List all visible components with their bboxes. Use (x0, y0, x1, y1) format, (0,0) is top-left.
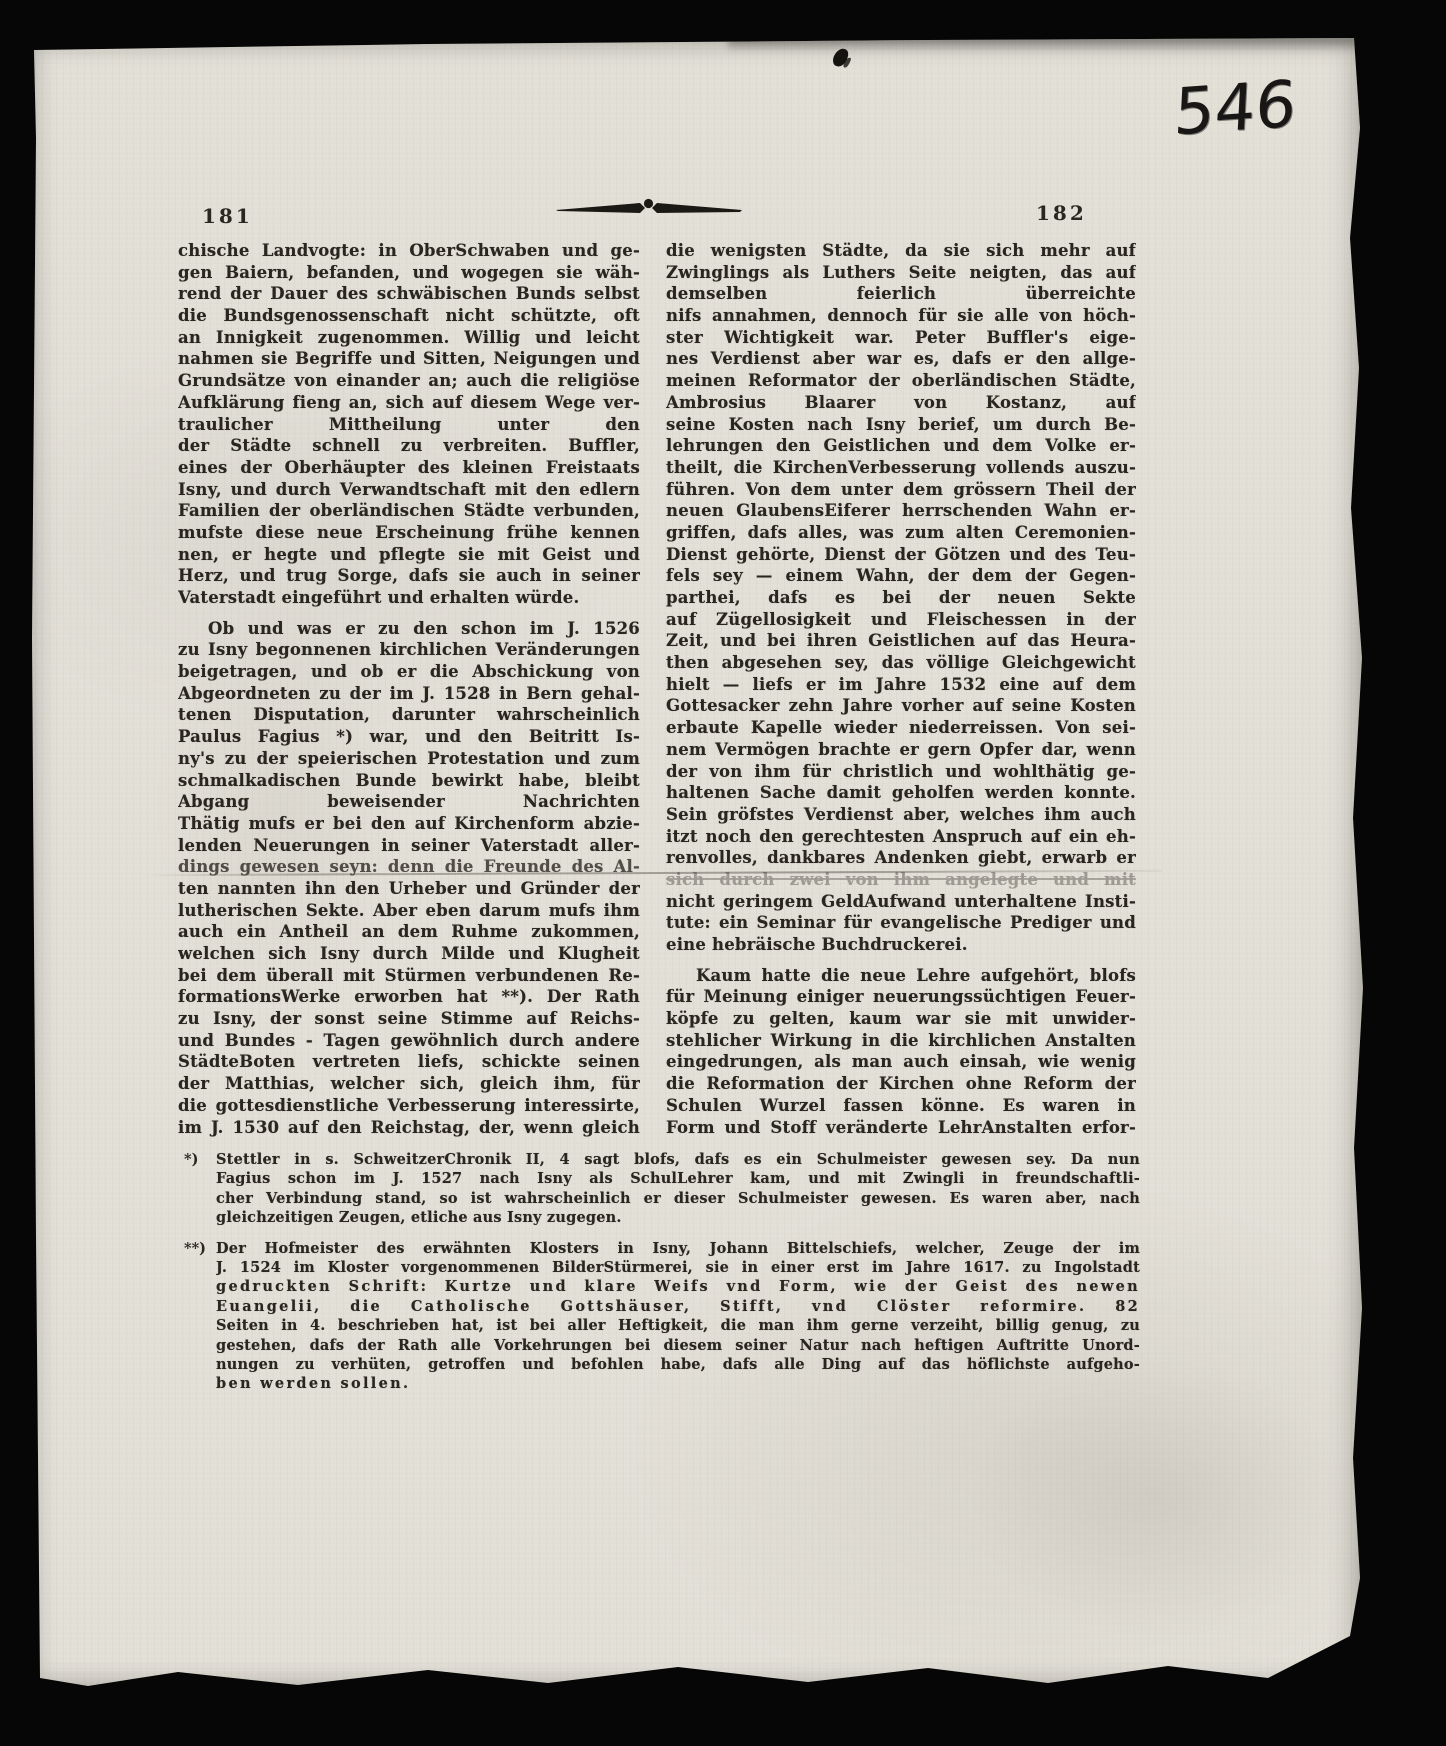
text-line: auch ein Antheil an dem Ruhme zukommen, (178, 921, 640, 943)
text-line: haltenen Sache damit geholfen werden kon… (666, 782, 1136, 804)
text-line: die Bundsgenossenschaft nicht schützte, … (178, 305, 640, 327)
text-line: Sein gröfstes Verdienst aber, welches ih… (666, 804, 1136, 826)
text-line: ben werden sollen. (216, 1374, 1140, 1393)
text-line: Der Hofmeister des erwähnten Klosters in… (216, 1239, 1140, 1258)
text-line: chische Landvogte: in OberSchwaben und g… (178, 240, 640, 262)
footnote-marker: *) (184, 1150, 198, 1169)
text-line: eine hebräische Buchdruckerei. (666, 934, 1136, 956)
text-line: mufste diese neue Erscheinung frühe kenn… (178, 522, 640, 544)
text-line: itzt noch den gerechtesten Anspruch auf … (666, 826, 1136, 848)
text-line: cher Verbindung stand, so ist wahrschein… (216, 1189, 1140, 1208)
text-line: Fagius schon im J. 1527 nach Isny als Sc… (216, 1169, 1140, 1188)
text-line: ster Wichtigkeit war. Peter Buffler's ei… (666, 327, 1136, 349)
text-line: tute: ein Seminar für evangelische Predi… (666, 912, 1136, 934)
text-line: Gottesacker zehn Jahre vorher auf seine … (666, 695, 1136, 717)
text-line: Zwinglings als Luthers Seite neigten, da… (666, 262, 1136, 284)
text-line: lenden Neuerungen in seiner Vaterstadt a… (178, 835, 640, 857)
text-line: Familien der oberländischen Städte verbu… (178, 500, 640, 522)
text-line: bei dem überall mit Stürmen verbundenen … (178, 965, 640, 987)
text-line: beigetragen, und ob er die Abschickung v… (178, 661, 640, 683)
scanned-book-page: { "scan": { "handwritten_folio": "546", … (0, 0, 1446, 1746)
text-line: nes Verdienst aber war es, dafs er den a… (666, 348, 1136, 370)
text-line: nem Vermögen brachte er gern Opfer dar, … (666, 739, 1136, 761)
text-line: ny's zu der speierischen Protestation un… (178, 748, 640, 770)
text-line: griffen, dafs alles, was zum alten Cerem… (666, 522, 1136, 544)
text-line: neuen GlaubensEiferer herrschenden Wahn … (666, 500, 1136, 522)
text-line: der Matthias, welcher sich, gleich ihm, … (178, 1073, 640, 1095)
text-line: Grundsätze von einander an; auch die rel… (178, 370, 640, 392)
text-line: Isny, und durch Verwandtschaft mit den e… (178, 479, 640, 501)
text-line: Abgeordneten zu der im J. 1528 in Bern g… (178, 683, 640, 705)
text-line: die Reformation der Kirchen ohne Reform … (666, 1073, 1136, 1095)
text-line: parthei, dafs es bei der neuen Sekte grö… (666, 587, 1136, 609)
footnotes-section: *)Stettler in s. SchweitzerChronik II, 4… (186, 1150, 1140, 1394)
text-line: zu Isny begonnenen kirchlichen Veränderu… (178, 639, 640, 661)
text-line: gleichzeitigen Zeugen, etliche aus Isny … (216, 1208, 1140, 1227)
text-line: renvolles, dankbares Andenken giebt, erw… (666, 847, 1136, 869)
text-line: für Meinung einiger neuerungssüchtigen F… (666, 986, 1136, 1008)
text-line: gen Baiern, befanden, und wogegen sie wä… (178, 262, 640, 284)
page-number-right: 182 (1036, 201, 1087, 225)
text-line: Euangelii, die Catholische Gottshäuser, … (216, 1297, 1140, 1316)
text-line: Kaum hatte die neue Lehre aufgehört, blo… (666, 965, 1136, 987)
paper-stain (968, 1358, 1348, 1638)
text-line: theilt, die KirchenVerbesserung vollends… (666, 457, 1136, 479)
text-line: demselben feierlich überreichte Glaubens… (666, 283, 1136, 305)
text-line: eingedrungen, als man auch einsah, wie w… (666, 1051, 1136, 1073)
text-line: Form und Stoff veränderte LehrAnstalten … (666, 1117, 1136, 1139)
text-line: nahmen sie Begriffe und Sitten, Neigunge… (178, 348, 640, 370)
text-line: seine Kosten nach Isny berief, um durch … (666, 414, 1136, 436)
text-line: formationsWerke erworben hat **). Der Ra… (178, 986, 640, 1008)
text-line: Stettler in s. SchweitzerChronik II, 4 s… (216, 1150, 1140, 1169)
text-line: schmalkadischen Bunde bewirkt habe, blei… (178, 770, 640, 792)
text-column-left: chische Landvogte: in OberSchwaben und g… (178, 240, 640, 1138)
text-line: eines der Oberhäupter des kleinen Freist… (178, 457, 640, 479)
text-line: traulicher Mittheilung unter den RathsFr… (178, 414, 640, 436)
text-line: ten nannten ihn den Urheber und Gründer … (178, 878, 640, 900)
text-line: die wenigsten Städte, da sie sich mehr a… (666, 240, 1136, 262)
text-line: nen, er hegte und pflegte sie mit Geist … (178, 544, 640, 566)
text-column-right: die wenigsten Städte, da sie sich mehr a… (666, 240, 1136, 1138)
text-line: nungen zu verhüten, getroffen und befohl… (216, 1355, 1140, 1374)
text-line: tenen Disputation, darunter wahrscheinli… (178, 704, 640, 726)
text-line: Zeit, und bei ihren Geistlichen auf das … (666, 630, 1136, 652)
text-line: nicht geringem GeldAufwand unterhaltene … (666, 891, 1136, 913)
text-line: meinen Reformator der oberländischen Stä… (666, 370, 1136, 392)
text-line: fels sey — einem Wahn, der dem der Gegen… (666, 565, 1136, 587)
text-line: Paulus Fagius *) war, und den Beitritt I… (178, 726, 640, 748)
text-line: nifs annahmen, dennoch für sie alle von … (666, 305, 1136, 327)
text-line: Ambrosius Blaarer von Kostanz, auf (666, 392, 1136, 414)
text-line: Ob und was er zu den schon im J. 1526 (178, 618, 640, 640)
text-line: hielt — liefs er im Jahre 1532 eine auf … (666, 674, 1136, 696)
text-line: Schulen Wurzel fassen könne. Es waren in (666, 1095, 1136, 1117)
text-line: Dienst gehörte, Dienst der Götzen und de… (666, 544, 1136, 566)
paper-sheet: 546 181 182 chische Landvogte: in OberSc… (28, 38, 1368, 1694)
text-line: gestehen, dafs der Rath alle Vorkehrunge… (216, 1336, 1140, 1355)
text-line: stehlicher Wirkung in die kirchlichen An… (666, 1030, 1136, 1052)
text-line: die gottesdienstliche Verbesserung inter… (178, 1095, 640, 1117)
text-line: der von ihm für christlich und wohlthäti… (666, 761, 1136, 783)
handwritten-folio-number: 546 (1172, 70, 1298, 149)
text-line: Seiten in 4. beschrieben hat, ist bei al… (216, 1316, 1140, 1335)
text-line: lutherischen Sekte. Aber eben darum mufs… (178, 900, 640, 922)
text-line: gedruckten Schrift: Kurtze und klare Wei… (216, 1277, 1140, 1296)
text-line: im J. 1530 auf den Reichstag, der, wenn … (178, 1117, 640, 1139)
text-line: lehrungen den Geistlichen und dem Volke … (666, 435, 1136, 457)
text-line: und Bundes - Tagen gewöhnlich durch ande… (178, 1030, 640, 1052)
text-line: then abgesehen sey, das völlige Gleichge… (666, 652, 1136, 674)
footnote-marker: **) (184, 1239, 206, 1258)
text-line: führen. Von dem unter dem grössern Theil… (666, 479, 1136, 501)
text-line: J. 1524 im Kloster vorgenommenen BilderS… (216, 1258, 1140, 1277)
text-line: Herz, und trug Sorge, dafs sie auch in s… (178, 565, 640, 587)
text-line: Abgang beweisender Nachrichten unentschi… (178, 791, 640, 813)
header-rule-ornament (556, 196, 742, 220)
paper-edge-smudge (728, 36, 1358, 52)
text-line: StädteBoten vertreten liefs, schickte se… (178, 1051, 640, 1073)
text-line: Aufklärung fieng an, sich auf diesem Weg… (178, 392, 640, 414)
text-line: auf Zügellosigkeit und Fleischessen in d… (666, 609, 1136, 631)
text-line: rend der Dauer des schwäbischen Bunds se… (178, 283, 640, 305)
page-number-left: 181 (202, 204, 253, 228)
text-line: an Innigkeit zugenommen. Willig und leic… (178, 327, 640, 349)
footnote: **)Der Hofmeister des erwähnten Klosters… (186, 1239, 1140, 1394)
text-line: köpfe zu gelten, kaum war sie mit unwide… (666, 1008, 1136, 1030)
footnote: *)Stettler in s. SchweitzerChronik II, 4… (186, 1150, 1140, 1228)
text-line: erbaute Kapelle wieder niederreissen. Vo… (666, 717, 1136, 739)
text-line: welchen sich Isny durch Milde und Klughe… (178, 943, 640, 965)
text-line: der Städte schnell zu verbreiten. Buffle… (178, 435, 640, 457)
text-line: zu Isny, der sonst seine Stimme auf Reic… (178, 1008, 640, 1030)
text-line: Thätig mufs er bei den auf Kirchenform a… (178, 813, 640, 835)
text-line: Vaterstadt eingeführt und erhalten würde… (178, 587, 640, 609)
